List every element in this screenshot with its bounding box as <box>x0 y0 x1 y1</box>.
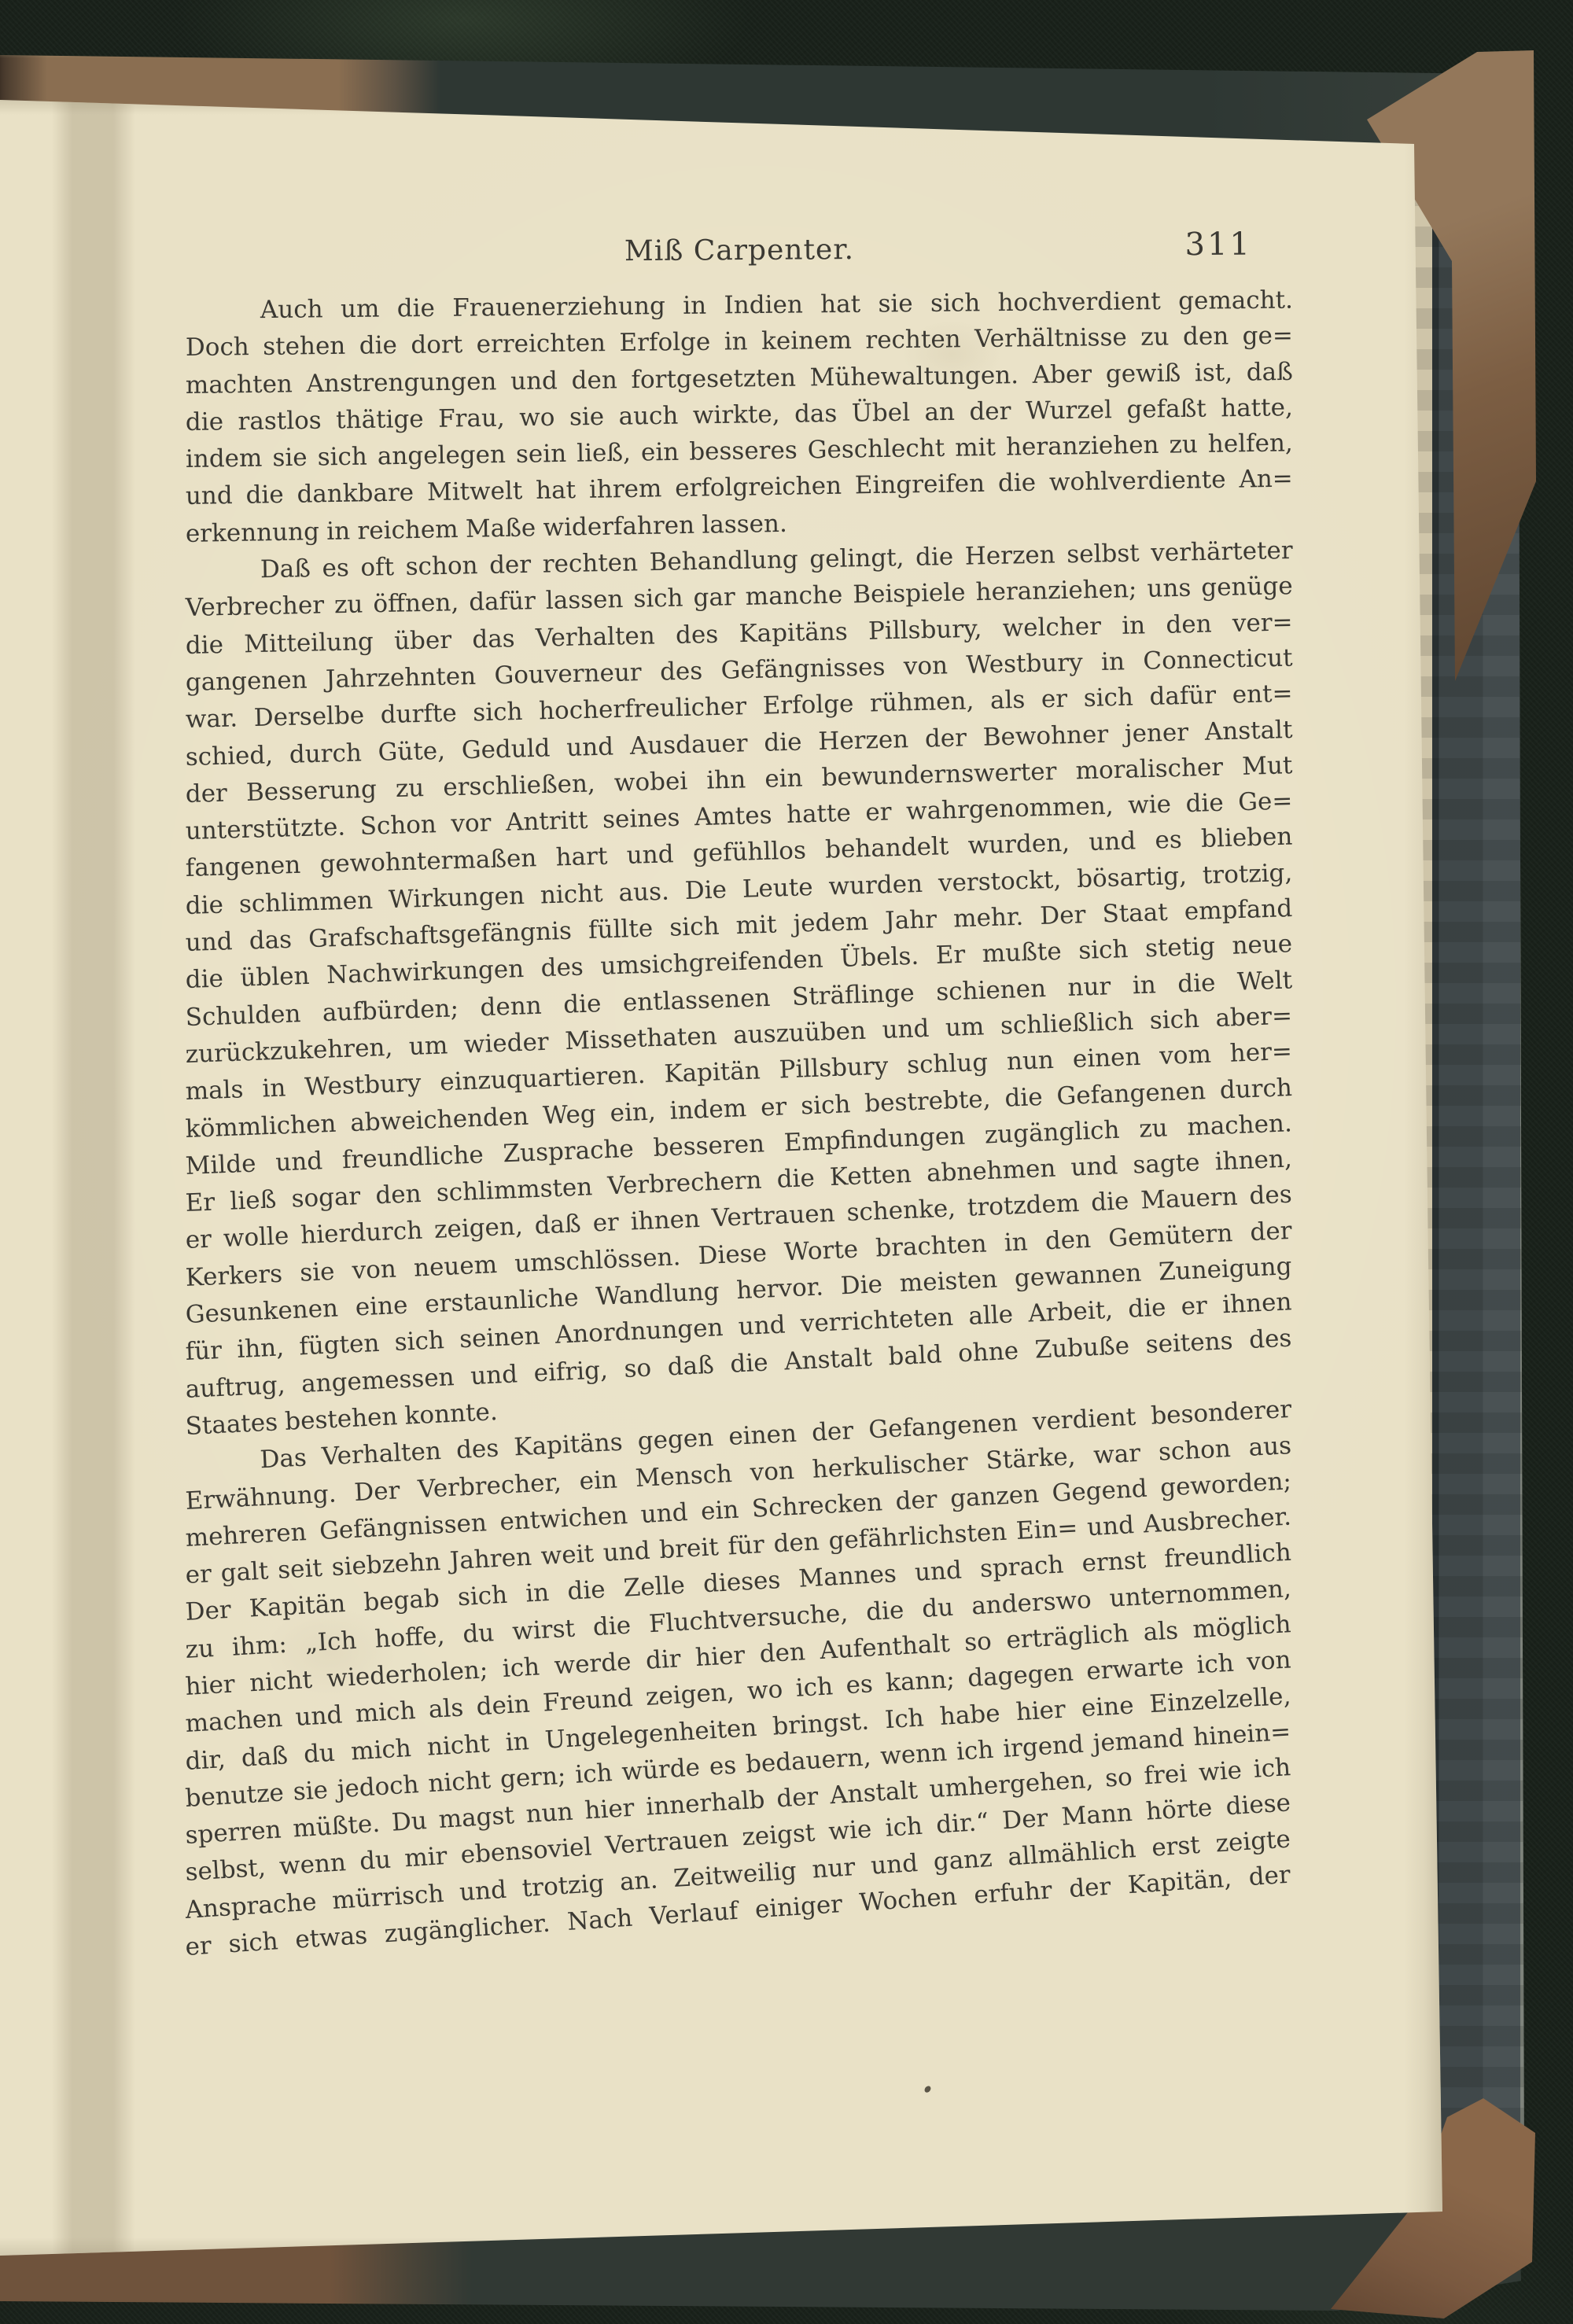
book-page: Miß Carpenter. 311 Auch um die Frauenerz… <box>0 94 1451 2261</box>
book-photo: Miß Carpenter. 311 Auch um die Frauenerz… <box>0 0 1573 2324</box>
paper-speck <box>923 2085 932 2094</box>
page-text: Auch um die Frauenerziehung in Indien ha… <box>186 293 1293 2070</box>
page-number: 311 <box>1184 227 1252 263</box>
header-title: Miß Carpenter. <box>186 230 1293 271</box>
running-header: Miß Carpenter. 311 <box>186 230 1293 279</box>
